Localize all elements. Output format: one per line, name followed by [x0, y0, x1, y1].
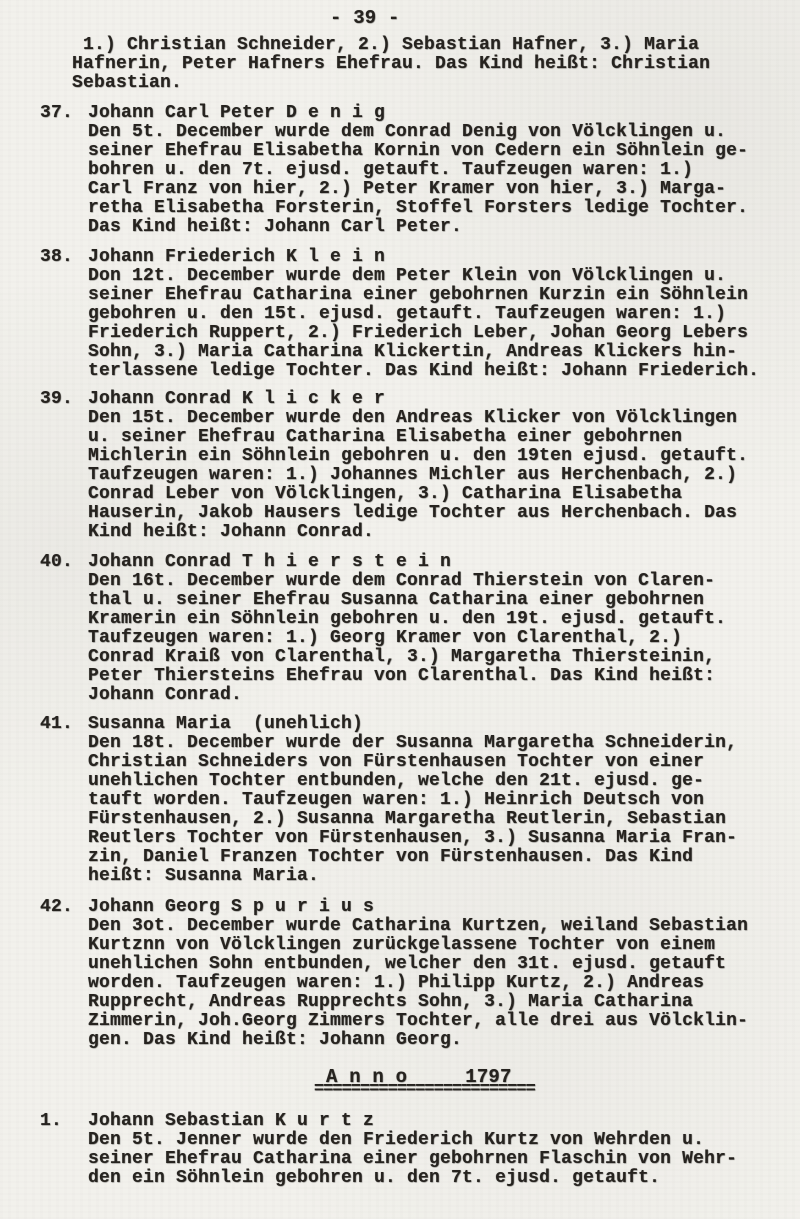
baptism-entry-38: 38. Johann Friederich K l e i n Don 12t.…	[40, 248, 780, 381]
entry-line: unehlichen Sohn entbunden, welcher den 3…	[88, 955, 780, 974]
entry-line: Den 5t. December wurde dem Conrad Denig …	[88, 123, 780, 142]
entry-line: Hauserin, Jakob Hausers ledige Tochter a…	[88, 504, 780, 523]
entry-line: Fürstenhausen, 2.) Susanna Margaretha Re…	[88, 810, 780, 829]
baptism-entry-40: 40. Johann Conrad T h i e r s t e i n De…	[40, 553, 780, 705]
entry-line: gebohren u. den 15t. ejusd. getauft. Tau…	[88, 305, 780, 324]
entry-number: 38.	[40, 248, 88, 381]
entry-number: 42.	[40, 898, 88, 1050]
entry-line: u. seiner Ehefrau Catharina Elisabetha e…	[88, 428, 780, 447]
entry-line: Don 12t. December wurde dem Peter Klein …	[88, 267, 780, 286]
entry-title: Johann Sebastian K u r t z	[88, 1112, 780, 1131]
entry-line: unehlichen Tochter entbunden, welche den…	[88, 772, 780, 791]
entry-title: Johann Carl Peter D e n i g	[88, 104, 780, 123]
entry-line: thal u. seiner Ehefrau Susanna Catharina…	[88, 591, 780, 610]
entry-line: Zimmerin, Joh.Georg Zimmers Tochter, all…	[88, 1012, 780, 1031]
entry-line: Christian Schneiders von Fürstenhausen T…	[88, 753, 780, 772]
entry-line: Den 3ot. December wurde Catharina Kurtze…	[88, 917, 780, 936]
entry-title: Susanna Maria (unehlich)	[88, 715, 780, 734]
carryover-paragraph: 1.) Christian Schneider, 2.) Sebastian H…	[72, 36, 800, 93]
entry-line: Kurtznn von Völcklingen zurückgelassene …	[88, 936, 780, 955]
entry-line: seiner Ehefrau Catharina einer gebohrnen…	[88, 286, 780, 305]
baptism-entry-1797-1: 1. Johann Sebastian K u r t z Den 5t. Je…	[40, 1112, 780, 1188]
entry-line: Rupprecht, Andreas Rupprechts Sohn, 3.) …	[88, 993, 780, 1012]
entry-line: den ein Söhnlein gebohren u. den 7t. eju…	[88, 1169, 780, 1188]
entry-line: retha Elisabetha Forsterin, Stoffel Fors…	[88, 199, 780, 218]
baptism-entry-42: 42. Johann Georg S p u r i u s Den 3ot. …	[40, 898, 780, 1050]
entry-line: Reutlers Tochter von Fürstenhausen, 3.) …	[88, 829, 780, 848]
entry-line: Carl Franz von hier, 2.) Peter Kramer vo…	[88, 180, 780, 199]
entry-line: heißt: Susanna Maria.	[88, 867, 780, 886]
entry-line: Den 15t. December wurde den Andreas Klic…	[88, 409, 780, 428]
entry-line: Den 5t. Jenner wurde den Friederich Kurt…	[88, 1131, 780, 1150]
entry-title: Johann Friederich K l e i n	[88, 248, 780, 267]
entry-title: Johann Conrad K l i c k e r	[88, 390, 780, 409]
entry-number: 39.	[40, 390, 88, 542]
entry-line: Den 16t. December wurde dem Conrad Thier…	[88, 572, 780, 591]
carryover-line: Sebastian.	[72, 74, 800, 93]
entry-line: Conrad Kraiß von Clarenthal, 3.) Margare…	[88, 648, 780, 667]
entry-line: Den 18t. December wurde der Susanna Marg…	[88, 734, 780, 753]
entry-line: Conrad Leber von Völcklingen, 3.) Cathar…	[88, 485, 780, 504]
entry-number: 37.	[40, 104, 88, 237]
entry-number: 40.	[40, 553, 88, 705]
entry-line: bohren u. den 7t. ejusd. getauft. Taufze…	[88, 161, 780, 180]
entry-line: Kind heißt: Johann Conrad.	[88, 523, 780, 542]
entry-number: 1.	[40, 1112, 88, 1188]
entry-line: seiner Ehefrau Catharina einer gebohrnen…	[88, 1150, 780, 1169]
baptism-entry-39: 39. Johann Conrad K l i c k e r Den 15t.…	[40, 390, 780, 542]
entry-line: worden. Taufzeugen waren: 1.) Philipp Ku…	[88, 974, 780, 993]
entry-line: Johann Conrad.	[88, 686, 780, 705]
entry-title: Johann Georg S p u r i u s	[88, 898, 780, 917]
entry-line: Das Kind heißt: Johann Carl Peter.	[88, 218, 780, 237]
baptism-entry-37: 37. Johann Carl Peter D e n i g Den 5t. …	[40, 104, 780, 237]
entry-title: Johann Conrad T h i e r s t e i n	[88, 553, 780, 572]
page-number: - 39 -	[330, 0, 800, 28]
baptism-entry-41: 41. Susanna Maria (unehlich) Den 18t. De…	[40, 715, 780, 886]
entry-line: Peter Thiersteins Ehefrau von Clarenthal…	[88, 667, 780, 686]
carryover-line: Hafnerin, Peter Hafners Ehefrau. Das Kin…	[72, 55, 800, 74]
entry-line: tauft worden. Taufzeugen waren: 1.) Hein…	[88, 791, 780, 810]
year-heading-underline: ========================	[314, 1084, 800, 1096]
entry-line: Taufzeugen waren: 1.) Johannes Michler a…	[88, 466, 780, 485]
entry-line: Michlerin ein Söhnlein gebohren u. den 1…	[88, 447, 780, 466]
entry-line: zin, Daniel Franzen Tochter von Fürstenh…	[88, 848, 780, 867]
scanned-register-page: - 39 - 1.) Christian Schneider, 2.) Seba…	[0, 0, 800, 1219]
entry-line: terlassene ledige Tochter. Das Kind heiß…	[88, 362, 780, 381]
carryover-line: 1.) Christian Schneider, 2.) Sebastian H…	[72, 36, 800, 55]
entry-line: Sohn, 3.) Maria Catharina Klickertin, An…	[88, 343, 780, 362]
entry-line: gen. Das Kind heißt: Johann Georg.	[88, 1031, 780, 1050]
entry-line: Kramerin ein Söhnlein gebohren u. den 19…	[88, 610, 780, 629]
entry-line: Friederich Ruppert, 2.) Friederich Leber…	[88, 324, 780, 343]
entry-line: seiner Ehefrau Elisabetha Kornin von Ced…	[88, 142, 780, 161]
year-section: A n n o 1797 ========================	[326, 1068, 800, 1096]
entry-number: 41.	[40, 715, 88, 886]
entry-line: Taufzeugen waren: 1.) Georg Kramer von C…	[88, 629, 780, 648]
